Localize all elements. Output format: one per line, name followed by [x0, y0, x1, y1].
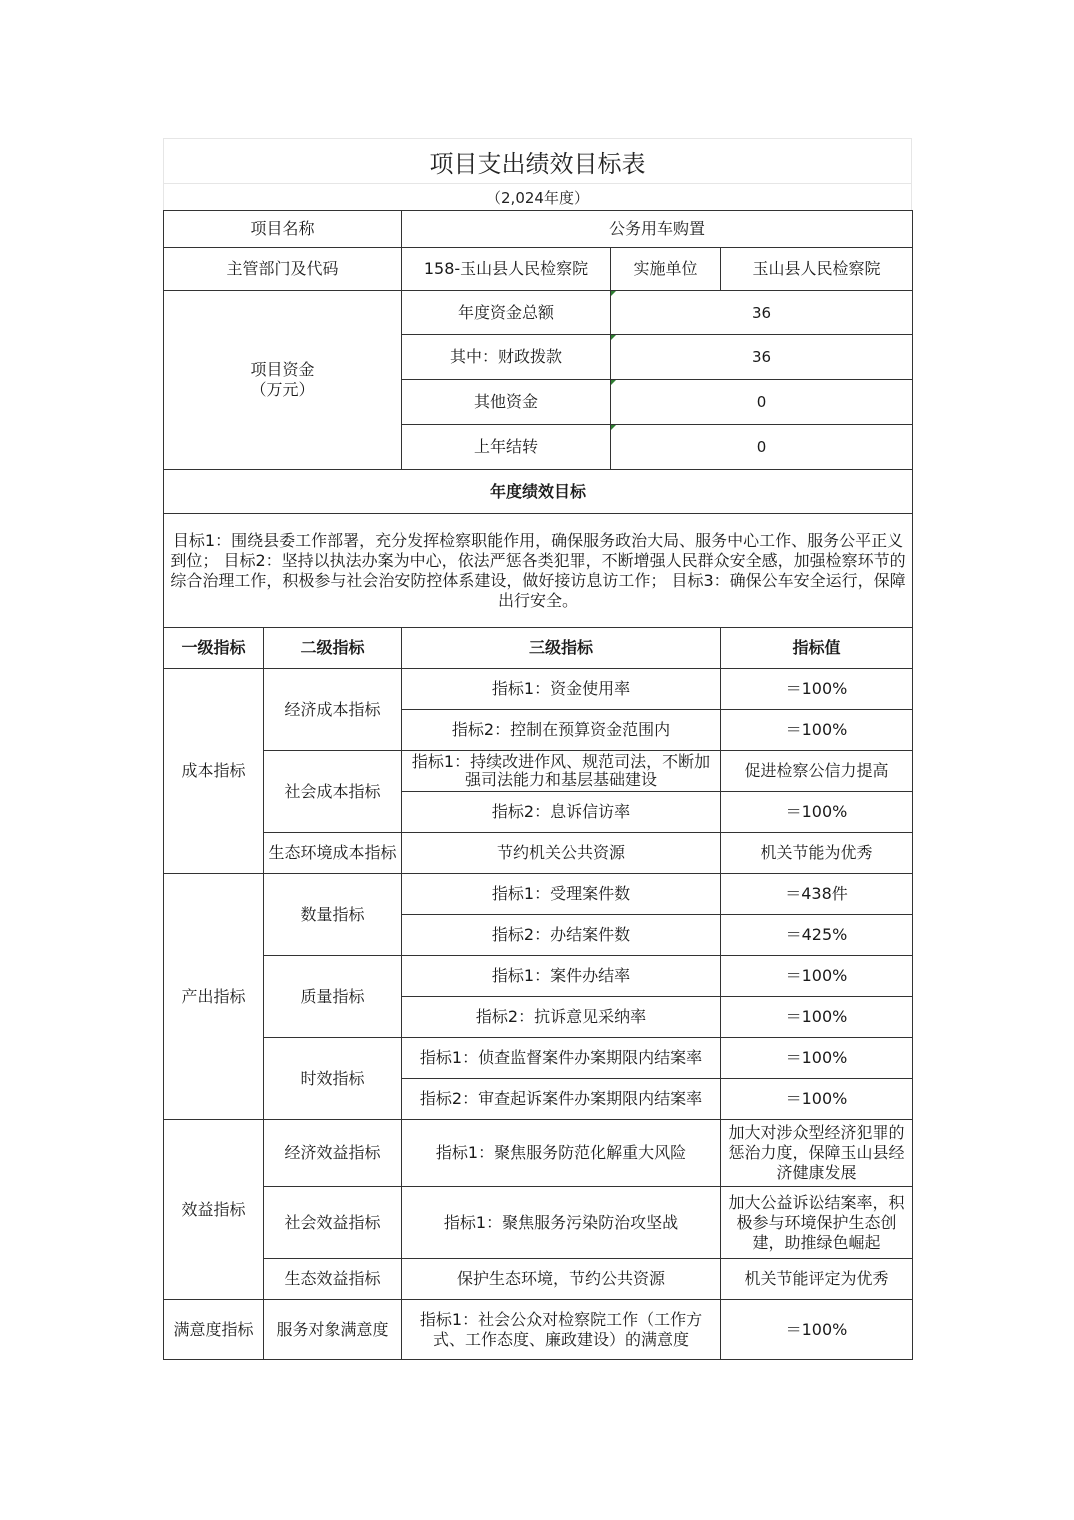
value-cell: ＝100%	[721, 669, 913, 710]
level2-cell: 经济效益指标	[264, 1120, 402, 1187]
funds-label: 项目资金 （万元）	[164, 291, 402, 470]
performance-target-sheet: 项目支出绩效目标表 （2,024年度） 项目名称 公务用车购置 主管部门及代码 …	[163, 138, 912, 1360]
sheet-year: （2,024年度）	[163, 184, 912, 210]
level2-cell: 质量指标	[264, 956, 402, 1038]
value-cell: ＝100%	[721, 1300, 913, 1360]
level3-cell: 指标1：资金使用率	[402, 669, 721, 710]
funds-row-value: 0	[611, 380, 913, 425]
funds-label-line1: 项目资金	[166, 360, 399, 380]
level3-cell: 指标1：持续改进作风、规范司法，不断加强司法能力和基层基础建设	[402, 751, 721, 792]
level2-cell: 社会成本指标	[264, 751, 402, 833]
value-cell: 加大公益诉讼结案率，积极参与环境保护生态创建，助推绿色崛起	[721, 1187, 913, 1259]
funds-row-value: 0	[611, 425, 913, 470]
level3-cell: 指标1：聚焦服务防范化解重大风险	[402, 1120, 721, 1187]
dept-value: 158-玉山县人民检察院	[402, 248, 611, 291]
level3-cell: 指标2：办结案件数	[402, 915, 721, 956]
project-name-value: 公务用车购置	[402, 211, 913, 248]
level1-cell: 产出指标	[164, 874, 264, 1120]
header-level1: 一级指标	[164, 628, 264, 669]
level3-cell: 指标1：侦查监督案件办案期限内结案率	[402, 1038, 721, 1079]
level3-cell: 节约机关公共资源	[402, 833, 721, 874]
level3-cell: 指标1：案件办结率	[402, 956, 721, 997]
annual-goal-header: 年度绩效目标	[164, 470, 913, 514]
funds-row-value: 36	[611, 291, 913, 335]
impl-value: 玉山县人民检察院	[721, 248, 913, 291]
value-cell: ＝100%	[721, 710, 913, 751]
funds-label-line2: （万元）	[166, 380, 399, 400]
funds-row-value: 36	[611, 335, 913, 380]
funds-row-label: 其他资金	[402, 380, 611, 425]
level1-cell: 成本指标	[164, 669, 264, 874]
indicator-table: 一级指标 二级指标 三级指标 指标值 成本指标 经济成本指标 指标1：资金使用率…	[163, 627, 913, 1360]
value-cell: ＝425%	[721, 915, 913, 956]
level3-cell: 保护生态环境，节约公共资源	[402, 1259, 721, 1300]
value-cell: ＝100%	[721, 956, 913, 997]
level1-cell: 满意度指标	[164, 1300, 264, 1360]
level3-cell: 指标2：息诉信访率	[402, 792, 721, 833]
dept-label: 主管部门及代码	[164, 248, 402, 291]
funds-row-label: 其中：财政拨款	[402, 335, 611, 380]
value-cell: ＝438件	[721, 874, 913, 915]
funds-row-label: 年度资金总额	[402, 291, 611, 335]
level3-cell: 指标1：聚焦服务污染防治攻坚战	[402, 1187, 721, 1259]
level3-cell: 指标1：受理案件数	[402, 874, 721, 915]
level2-cell: 经济成本指标	[264, 669, 402, 751]
value-cell: ＝100%	[721, 997, 913, 1038]
level3-cell: 指标1：社会公众对检察院工作（工作方式、工作态度、廉政建设）的满意度	[402, 1300, 721, 1360]
value-cell: 加大对涉众型经济犯罪的惩治力度，保障玉山县经济健康发展	[721, 1120, 913, 1187]
value-cell: 机关节能评定为优秀	[721, 1259, 913, 1300]
header-level2: 二级指标	[264, 628, 402, 669]
level1-cell: 效益指标	[164, 1120, 264, 1300]
level2-cell: 生态环境成本指标	[264, 833, 402, 874]
level2-cell: 社会效益指标	[264, 1187, 402, 1259]
project-name-label: 项目名称	[164, 211, 402, 248]
value-cell: 促进检察公信力提高	[721, 751, 913, 792]
level3-cell: 指标2：控制在预算资金范围内	[402, 710, 721, 751]
value-cell: ＝100%	[721, 1079, 913, 1120]
annual-goal-text: 目标1：围绕县委工作部署，充分发挥检察职能作用，确保服务政治大局、服务中心工作、…	[164, 514, 913, 628]
level2-cell: 生态效益指标	[264, 1259, 402, 1300]
impl-label: 实施单位	[611, 248, 721, 291]
header-level3: 三级指标	[402, 628, 721, 669]
value-cell: 机关节能为优秀	[721, 833, 913, 874]
level3-cell: 指标2：审查起诉案件办案期限内结案率	[402, 1079, 721, 1120]
value-cell: ＝100%	[721, 1038, 913, 1079]
level2-cell: 服务对象满意度	[264, 1300, 402, 1360]
level2-cell: 数量指标	[264, 874, 402, 956]
value-cell: ＝100%	[721, 792, 913, 833]
sheet-title: 项目支出绩效目标表	[163, 138, 912, 184]
level3-cell: 指标2：抗诉意见采纳率	[402, 997, 721, 1038]
funds-row-label: 上年结转	[402, 425, 611, 470]
project-info-table: 项目名称 公务用车购置 主管部门及代码 158-玉山县人民检察院 实施单位 玉山…	[163, 210, 913, 628]
header-value: 指标值	[721, 628, 913, 669]
level2-cell: 时效指标	[264, 1038, 402, 1120]
